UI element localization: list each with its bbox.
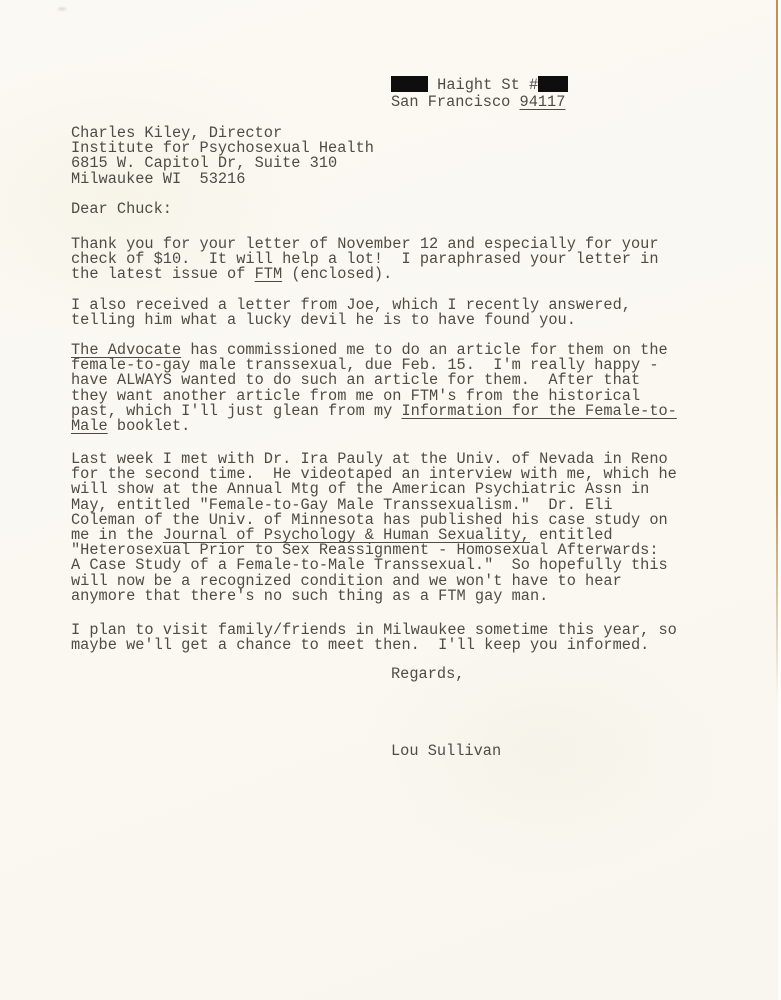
letter-line: Male booklet.: [71, 419, 677, 434]
recipient-address-block: Charles Kiley, DirectorInstitute for Psy…: [71, 126, 374, 187]
letter-line: the latest issue of FTM (enclosed).: [71, 267, 659, 282]
text-segment: maybe we'll get a chance to meet then. I…: [71, 636, 649, 654]
paragraph-4: Last week I met with Dr. Ira Pauly at th…: [71, 452, 677, 604]
paragraph-3: The Advocate has commissioned me to do a…: [71, 343, 677, 434]
letter-line: Haight St #: [391, 76, 568, 94]
paragraph-2: I also received a letter from Joe, which…: [71, 298, 631, 328]
paper-smudge-mark: [53, 4, 71, 14]
redaction-box: [391, 76, 428, 92]
closing-phrase: Regards,: [391, 667, 464, 682]
letter-line: maybe we'll get a chance to meet then. I…: [71, 638, 677, 653]
text-segment: booklet.: [108, 417, 191, 435]
redaction-box: [538, 76, 568, 92]
text-segment: San Francisco: [391, 93, 520, 111]
letter-line: San Francisco 94117: [391, 94, 568, 111]
paragraph-1: Thank you for your letter of November 12…: [71, 237, 659, 283]
letter-line: Milwaukee WI 53216: [71, 172, 374, 187]
letter-line: telling him what a lucky devil he is to …: [71, 313, 631, 328]
paragraph-5: I plan to visit family/friends in Milwau…: [71, 623, 677, 653]
sender-address-block: Haight St #San Francisco 94117: [391, 76, 568, 111]
text-segment: anymore that there's no such thing as a …: [71, 587, 548, 605]
letter-line: anymore that there's no such thing as a …: [71, 589, 677, 604]
letter-page: Haight St #San Francisco 94117 Charles K…: [0, 0, 781, 1000]
salutation: Dear Chuck:: [71, 202, 172, 217]
text-segment: Male: [71, 417, 108, 435]
text-segment: (enclosed).: [282, 265, 392, 283]
signature-name: Lou Sullivan: [391, 744, 501, 759]
text-segment: Haight St #: [428, 76, 538, 94]
text-segment: telling him what a lucky devil he is to …: [71, 311, 576, 329]
text-segment: the latest issue of: [71, 265, 255, 283]
scan-edge-line: [776, 0, 778, 700]
text-segment: FTM: [255, 265, 283, 283]
text-segment: 94117: [520, 93, 566, 111]
text-segment: Information for the Female-to-: [401, 402, 676, 420]
